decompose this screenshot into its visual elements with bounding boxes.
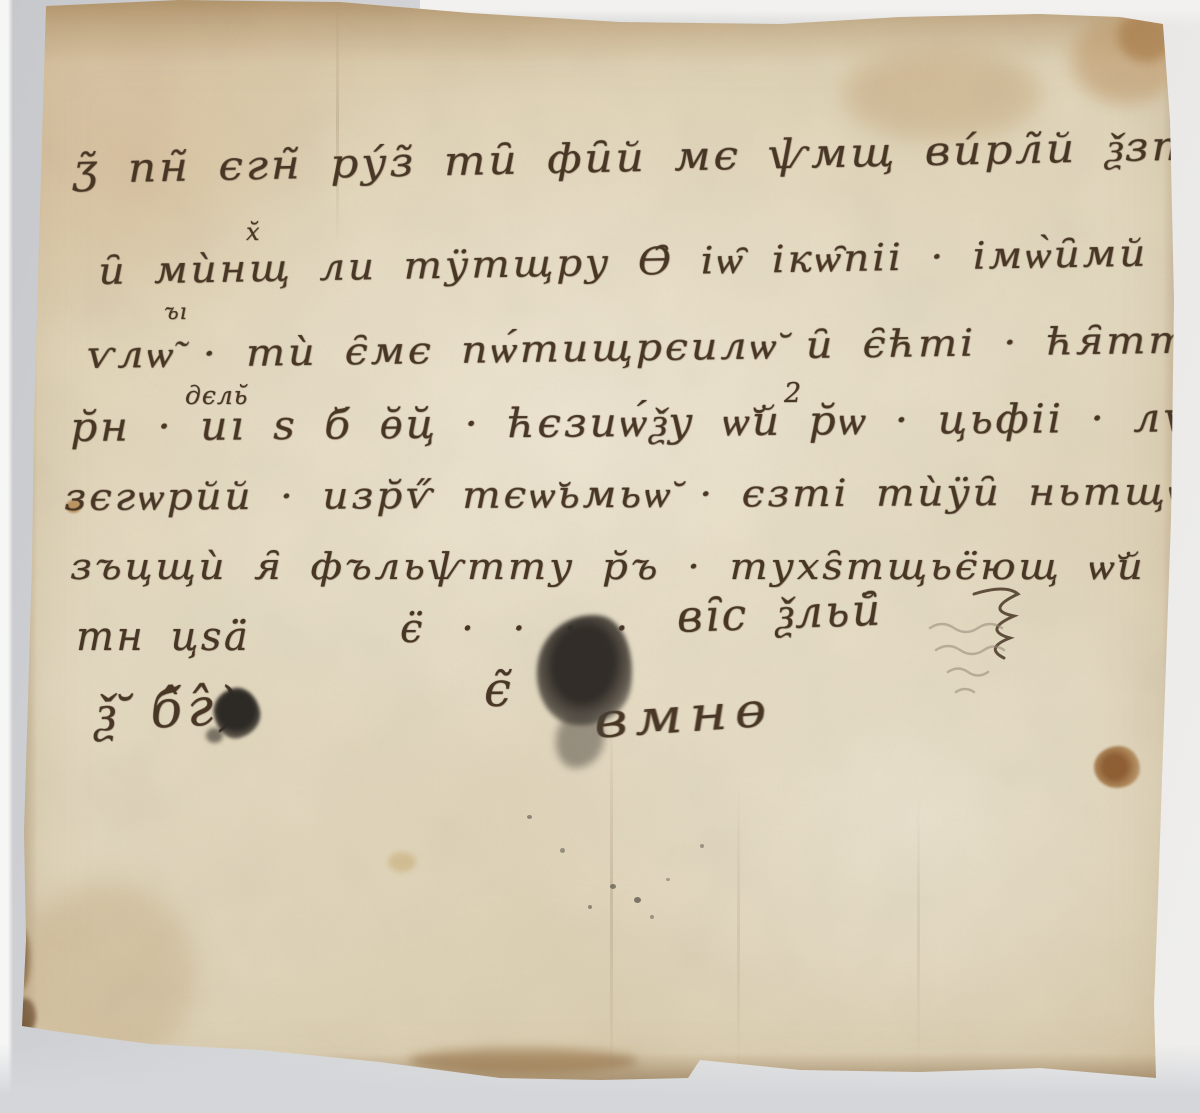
ink-speck xyxy=(560,848,565,853)
faint-flourish-squiggle xyxy=(922,616,1018,716)
photo-background-left-strip xyxy=(0,0,13,1113)
ink-speck xyxy=(650,915,654,919)
fold-crease-right-bottom xyxy=(737,780,740,1080)
ink-speck xyxy=(527,815,532,819)
fold-crease-far-right xyxy=(917,790,920,1070)
superscript-x: х̆ xyxy=(246,218,261,246)
signature-center-mark: є̃ xyxy=(484,662,513,718)
stain-rust-spot-right xyxy=(1094,746,1140,788)
ink-speck xyxy=(700,844,704,848)
ink-speck xyxy=(634,897,641,903)
handwriting-line-5: зєгѡрйй · изр̆ѵ̋ тєѡ̆ьмьѡ̆ · єзті тѝӱи̑ … xyxy=(64,468,1200,520)
superscript-word: дєль̆ xyxy=(185,381,248,410)
stain-small-dot-center xyxy=(388,852,416,872)
handwriting-line-6: зъцщѝ я̑ фъльѱтту р̆ъ · тухѕ̑тщьє̈ющ ѡ̆й… xyxy=(70,546,1200,588)
ink-speck xyxy=(610,884,616,889)
handwriting-line-7-left: тн цѕӓ̈ xyxy=(76,614,250,660)
manuscript-photo: ӡ̃ пн̃ єгн̃ ру́з̃ ти̑ фи̑й мє ѱмщ ви́рл̃… xyxy=(0,0,1200,1113)
ink-speck xyxy=(666,878,670,881)
handwriting-line-7-right: ві̑с ѯльй̑ xyxy=(676,585,883,643)
fold-crease-top xyxy=(336,0,339,250)
ink-speck xyxy=(588,905,592,909)
fold-crease-center-bottom xyxy=(610,700,613,1090)
manuscript-paper: ӡ̃ пн̃ єгн̃ ру́з̃ ти̑ фи̑й мє ѱмщ ви́рл̃… xyxy=(0,0,1200,1113)
stain-bottom-left xyxy=(16,880,196,1070)
ink-blot-small-tail xyxy=(206,728,223,743)
superscript-2: 2 xyxy=(784,378,802,409)
superscript-i: ъı xyxy=(164,300,188,325)
stain-bottom-edge xyxy=(408,1048,638,1074)
